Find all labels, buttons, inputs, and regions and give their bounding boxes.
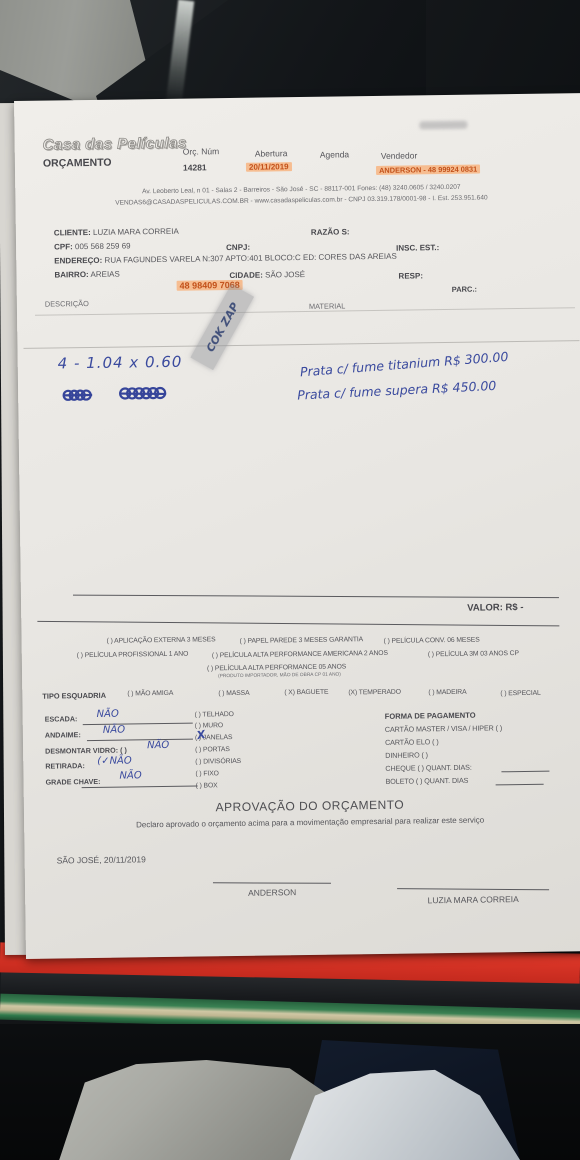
escada-label: ESCADA: [45,714,78,723]
signature-anderson: ANDERSON [213,887,331,899]
pay-cartao-master: CARTÃO MASTER / VISA / HIPER ( ) [385,723,502,734]
esquadria-madeira: ( ) MADEIRA [428,689,466,697]
pay-cheque: CHEQUE ( ) QUANT. DIAS: [385,763,471,773]
check-divisorias: ( ) DIVISÓRIAS [195,758,241,766]
order-number-label: Orç. Núm [183,146,220,157]
option-aplicacao-externa: ( ) APLICAÇÃO EXTERNA 3 MESES [107,636,216,645]
retirada-handwritten: (✓NÃO [97,755,132,766]
option-papel-parede: ( ) PAPEL PAREDE 3 MESES GARANTIA [240,636,364,645]
pencil-smudge [419,121,467,130]
approval-title: APROVAÇÃO DO ORÇAMENTO [24,795,580,817]
resp-label: RESP: [398,271,423,280]
cpf-label: CPF: [54,242,73,251]
forma-pagamento-title: FORMA DE PAGAMENTO [385,711,476,721]
opening-date-label: Abertura [255,148,288,158]
andaime-label: ANDAIME: [45,730,81,740]
option-pelicula-alta-sub: (PRODUTO IMPORTADOR, MÃO DE OBRA CP 01 A… [218,673,341,680]
opening-date-value: 20/11/2019 [246,162,292,172]
tipo-esquadria-label: TIPO ESQUADRIA [42,691,106,701]
pay-boleto: BOLETO ( ) QUANT. DIAS [386,776,469,786]
cpf-value: 005 568 259 69 [75,241,131,251]
handwritten-measurement: 4 - 1.04 x 0.60 [58,353,183,373]
check-portas: ( ) PORTAS [195,746,230,753]
signature-client: LUZIA MARA CORREIA [397,894,549,906]
cidade-value: SÃO JOSÉ [265,270,305,280]
photo-of-document: Casa das Películas ORÇAMENTO Orç. Núm 14… [0,0,580,1160]
esquadria-massa: ( ) MASSA [218,690,249,697]
insc-est-label: INSC. EST.: [396,243,439,253]
doc-type-title: ORÇAMENTO [43,157,112,170]
handwritten-stamp: COK ZAP [190,284,254,370]
option-pelicula-profissional: ( ) PELÍCULA PROFISSIONAL 1 ANO [77,651,189,660]
handwritten-price-1: Prata c/ fume titanium R$ 300.00 [299,349,508,380]
razao-label: RAZÃO S: [311,227,350,237]
scribble-mark-2 [118,385,180,402]
desmontar-vidro-handwritten: NÃO [147,740,169,751]
escada-handwritten: NÃO [97,709,119,720]
option-pelicula-americana: ( ) PELÍCULA ALTA PERFORMANCE AMERICANA … [212,650,388,659]
janelas-x-mark: X [196,728,207,742]
endereco-label: ENDEREÇO: [54,256,102,266]
parc-label: PARC.: [452,285,477,294]
option-pelicula-conv: ( ) PELÍCULA CONV. 06 MESES [384,637,480,645]
approval-declaration: Declaro aprovado o orçamento acima para … [24,814,580,831]
esquadria-especial: ( ) ESPECIAL [500,690,540,698]
cliente-label: CLIENTE: [54,228,91,238]
pay-cartao-elo: CARTÃO ELO ( ) [385,737,439,747]
handwritten-price-2: Prata c/ fume supera R$ 450.00 [297,378,497,403]
check-fixo: ( ) FIXO [195,770,218,777]
orcamento-form: Casa das Películas ORÇAMENTO Orç. Núm 14… [14,93,580,959]
check-box: ( ) BOX [196,782,218,789]
stamp-text: COK ZAP [203,300,241,354]
desmontar-vidro-label: DESMONTAR VIDRO: ( ) [45,746,127,756]
cliente-value: LUZIA MARA CORREIA [93,227,179,237]
check-telhado: ( ) TELHADO [195,711,234,719]
city-date: SÃO JOSÉ, 20/11/2019 [57,854,146,865]
descricao-label: DESCRIÇÃO [45,299,89,309]
esquadria-mao-amiga: ( ) MÃO AMIGA [127,690,173,698]
esquadria-baguete: ( X) BAGUETE [284,689,328,697]
endereco-value: RUA FAGUNDES VARELA N:307 APTO:401 BLOCO… [104,252,396,265]
scribble-mark-1 [62,387,100,403]
agenda-label: Agenda [320,149,349,159]
valor-label: VALOR: R$ - [467,602,523,614]
option-pelicula-alta-performance: ( ) PELÍCULA ALTA PERFORMANCE 05 ANOS [207,663,346,672]
pay-dinheiro: DINHEIRO ( ) [385,750,428,760]
cnpj-label: CNPJ: [226,243,250,252]
retirada-label: RETIRADA: [45,761,85,771]
grade-chave-label: GRADE CHAVE: [45,777,100,787]
esquadria-temperado: (X) TEMPERADO [348,689,401,697]
option-pelicula-3m: ( ) PELÍCULA 3M 03 ANOS CP [428,650,519,658]
order-number-value: 14281 [183,162,207,172]
bairro-label: BAIRRO: [54,270,88,279]
company-logo: Casa das Películas [43,135,187,154]
vendor-value: ANDERSON - 48 99924 0831 [376,165,480,175]
vendor-label: Vendedor [381,150,418,161]
cidade-label: CIDADE: [229,271,262,280]
grade-chave-handwritten: NÃO [119,770,141,781]
andaime-handwritten: NÃO [103,725,125,736]
bairro-value: AREIAS [90,270,119,279]
